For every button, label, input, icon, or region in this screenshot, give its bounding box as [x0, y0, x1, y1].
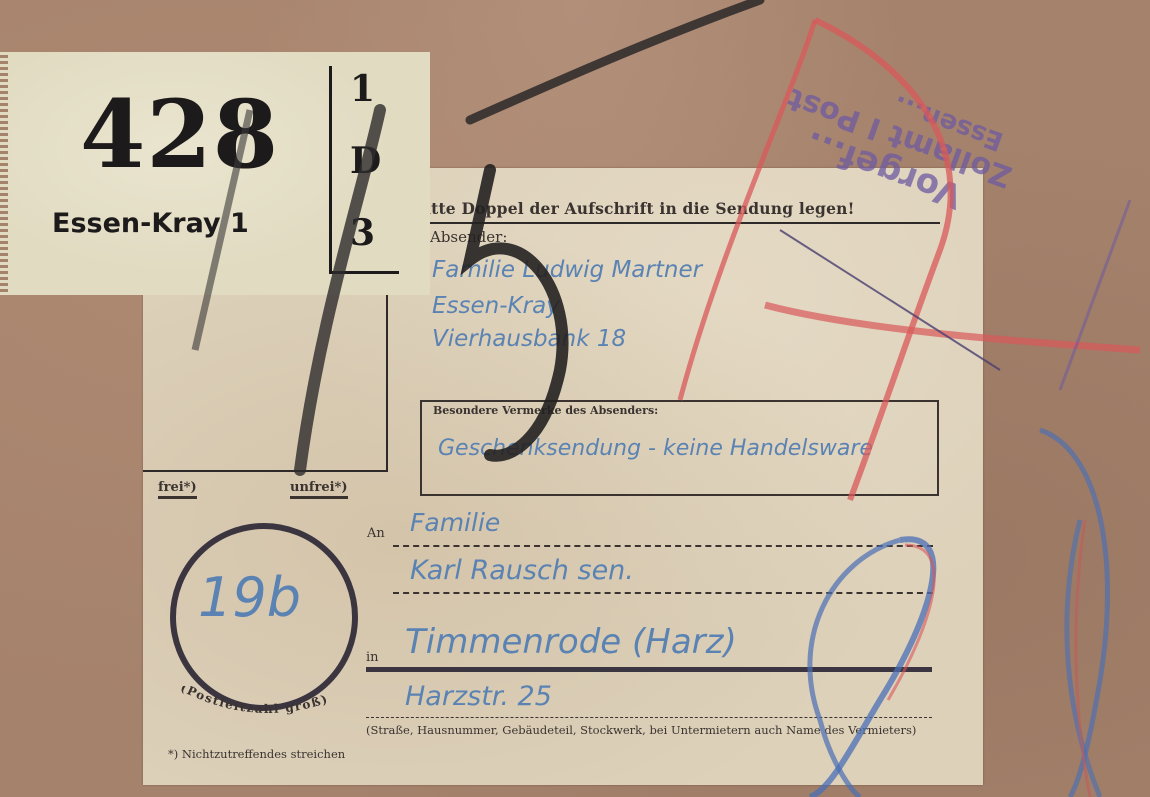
header-rule [425, 222, 940, 224]
footnote: *) Nichtzutreffendes streichen [168, 747, 345, 761]
label-divider [329, 66, 332, 273]
street-caption: (Straße, Hausnummer, Gebäudeteil, Stockw… [366, 723, 916, 737]
sender-street: Vierhausbank 18 [432, 326, 626, 352]
sender-label: Absender: [430, 228, 507, 246]
frei-option: frei*) [158, 480, 197, 499]
label-perforation [0, 52, 8, 295]
label-code-2: D [350, 140, 381, 182]
sender-city: Essen-Kray [432, 293, 560, 319]
remarks-text: Geschenksendung - keine Handelsware [438, 436, 873, 461]
label-code-1: 1 [350, 68, 375, 110]
label-code-3: 3 [350, 212, 375, 254]
postcode-handwritten: 19b [198, 566, 301, 629]
label-divider-bottom [329, 271, 399, 274]
in-label: in [366, 650, 379, 665]
postcode-caption: (Postleitzahl groß) [168, 686, 368, 726]
recipient-city: Timmenrode (Harz) [405, 622, 737, 662]
recipient-line-1: Familie [410, 508, 500, 537]
svg-text:(Postleitzahl groß): (Postleitzahl groß) [178, 686, 330, 716]
sender-name: Familie Ludwig Martner [432, 257, 702, 283]
post-office-name: Essen-Kray 1 [52, 208, 249, 239]
recipient-street: Harzstr. 25 [405, 681, 552, 712]
city-rule [366, 667, 932, 672]
street-rule [366, 717, 932, 718]
parcel-number: 428 [80, 80, 279, 190]
form-header-instruction: itte Doppel der Aufschrift in die Sendun… [425, 199, 855, 218]
recipient-line-2-rule [393, 592, 933, 594]
remarks-label: Besondere Vermerke des Absenders: [433, 404, 658, 417]
unfrei-option: unfrei*) [290, 480, 348, 499]
recipient-line-1-rule [393, 545, 933, 547]
to-label: An [367, 526, 385, 541]
stamp-area-box [143, 295, 388, 472]
recipient-line-2: Karl Rausch sen. [410, 555, 634, 586]
